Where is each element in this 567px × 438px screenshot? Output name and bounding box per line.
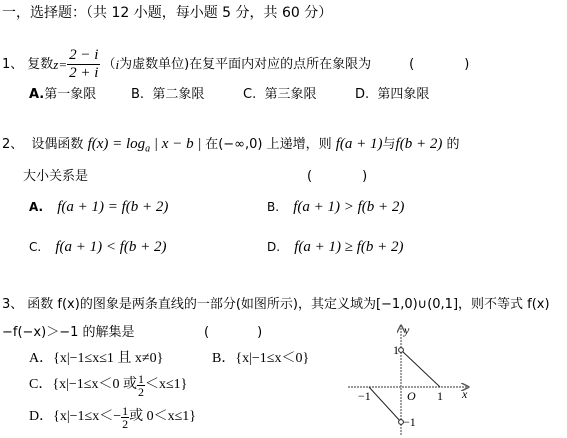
option-label: A． bbox=[29, 351, 53, 366]
question-text: 与 bbox=[383, 137, 396, 152]
option-label: D. bbox=[267, 240, 280, 254]
option-text: ＜x≤1} bbox=[145, 378, 187, 392]
math-variable: z= bbox=[53, 58, 67, 71]
question-2-option-d[interactable]: D. f(a + 1) ≥ f(b + 2) bbox=[267, 240, 404, 255]
question-text: 的 bbox=[442, 137, 459, 152]
question-text: 大小关系是 bbox=[23, 169, 88, 184]
tick-label-x-pos: 1 bbox=[437, 389, 443, 403]
question-text: 为虚数单位)在复平面内对应的点所在象限为 bbox=[119, 58, 371, 71]
fraction: 2 − i 2 + i bbox=[67, 48, 100, 81]
option-text: f(a + 1) > f(b + 2) bbox=[293, 199, 404, 215]
question-2-option-a[interactable]: A. f(a + 1) = f(b + 2) bbox=[29, 200, 168, 215]
option-text: 第三象限 bbox=[264, 87, 316, 102]
question-number: 1、 bbox=[2, 58, 23, 71]
open-point-icon bbox=[399, 348, 404, 353]
x-axis-label: x bbox=[461, 387, 468, 401]
answer-blank[interactable]: () bbox=[307, 170, 367, 183]
option-text: 第一象限 bbox=[44, 87, 96, 102]
option-text: f(a + 1) ≥ f(b + 2) bbox=[294, 239, 403, 255]
option-label: C. bbox=[243, 87, 256, 102]
option-text: 第二象限 bbox=[152, 87, 204, 102]
section-title: 一，选择题：（共 12 小题，每小题 5 分，共 60 分） bbox=[2, 6, 332, 20]
question-3-option-c[interactable]: C．{x|−1≤x＜0 或 1 2 ＜x≤1} bbox=[29, 373, 187, 397]
fraction-denominator: 2 bbox=[121, 418, 129, 430]
question-3-stem-line2: −f(−x)＞−1 的解集是 () bbox=[2, 326, 302, 339]
option-text: 第四象限 bbox=[377, 87, 429, 102]
fraction-numerator: 1 bbox=[137, 373, 145, 386]
fraction-denominator: 2 + i bbox=[67, 65, 100, 81]
fraction-denominator: 2 bbox=[137, 386, 145, 398]
y-axis-label: y bbox=[403, 323, 410, 337]
tick-label-y-neg: −1 bbox=[403, 415, 416, 429]
option-label: D. bbox=[355, 87, 369, 102]
question-2-stem-line2: 大小关系是 () bbox=[23, 170, 363, 183]
tick-label-y-pos: 1 bbox=[393, 343, 399, 357]
question-3-stem: 3、函数 f(x)的图象是两条直线的一部分(如图所示)，其定义域为[−1,0)∪… bbox=[2, 298, 550, 311]
math-formula: | x − b | bbox=[150, 136, 205, 152]
question-3-option-a[interactable]: A．{x|−1≤x≤1 且 x≠0} bbox=[29, 352, 163, 366]
question-text: 复数 bbox=[27, 58, 53, 71]
option-text: 或 0＜x≤1} bbox=[129, 410, 196, 424]
option-b[interactable]: B. 第二象限 bbox=[131, 88, 204, 101]
question-number: 3、 bbox=[2, 297, 23, 312]
fraction: 1 2 bbox=[137, 373, 145, 398]
question-2-option-c[interactable]: C. f(a + 1) < f(b + 2) bbox=[29, 240, 167, 255]
question-1-stem: 1、 复数 z= 2 − i 2 + i （ i 为虚数单位)在复平面内对应的点… bbox=[2, 44, 469, 84]
question-2-option-b[interactable]: B. f(a + 1) > f(b + 2) bbox=[267, 200, 404, 215]
option-text: {x|−1≤x＜0} bbox=[235, 351, 309, 366]
option-label: C. bbox=[29, 240, 41, 254]
question-text: −f(−x)＞−1 的解集是 bbox=[2, 325, 135, 340]
option-label: B. bbox=[131, 87, 144, 102]
option-label: C． bbox=[29, 378, 52, 392]
origin-label: O bbox=[407, 389, 416, 403]
option-label: A. bbox=[29, 200, 43, 214]
question-3-option-d[interactable]: D．{x|−1≤x＜− 1 2 或 0＜x≤1} bbox=[29, 404, 196, 430]
option-a[interactable]: A.第一象限 bbox=[29, 88, 96, 101]
question-3-option-b[interactable]: B．{x|−1≤x＜0} bbox=[212, 352, 309, 366]
math-expression: f(b + 2) bbox=[396, 136, 443, 152]
option-label: D． bbox=[29, 410, 53, 424]
function-graph: y x O 1 −1 1 −1 bbox=[340, 320, 490, 438]
question-2-stem: 2、 设偶函数 f(x) = loga | x − b | 在(−∞,0) 上递… bbox=[2, 137, 459, 155]
question-text: 函数 f(x)的图象是两条直线的一部分(如图所示)，其定义域为[−1,0)∪(0… bbox=[27, 297, 549, 312]
option-text: f(a + 1) = f(b + 2) bbox=[57, 199, 168, 215]
fraction: 1 2 bbox=[121, 405, 129, 430]
math-expression: f(a + 1) bbox=[336, 136, 383, 152]
option-text: {x|−1≤x＜− bbox=[53, 410, 121, 424]
option-text: {x|−1≤x＜0 或 bbox=[52, 378, 137, 392]
fraction-numerator: 2 − i bbox=[67, 48, 100, 65]
question-text: 设偶函数 bbox=[31, 137, 87, 152]
tick-label-x-neg: −1 bbox=[358, 389, 371, 403]
answer-blank[interactable]: () bbox=[409, 58, 469, 71]
graph-segment-left bbox=[369, 387, 401, 422]
math-formula: f(x) = log bbox=[88, 136, 146, 152]
question-text: 在(−∞,0) 上递增，则 bbox=[205, 137, 336, 152]
option-label: B． bbox=[212, 351, 235, 366]
graph-segment-right bbox=[401, 350, 440, 387]
option-c[interactable]: C. 第三象限 bbox=[243, 88, 317, 101]
option-label: B. bbox=[267, 200, 279, 214]
question-number: 2、 bbox=[2, 137, 23, 152]
answer-blank[interactable]: () bbox=[204, 326, 262, 339]
question-text: （ bbox=[102, 58, 115, 71]
option-label: A. bbox=[29, 87, 44, 102]
fraction-numerator: 1 bbox=[121, 405, 129, 418]
option-d[interactable]: D. 第四象限 bbox=[355, 88, 429, 101]
option-text: f(a + 1) < f(b + 2) bbox=[55, 239, 166, 255]
option-text: {x|−1≤x≤1 且 x≠0} bbox=[53, 351, 163, 366]
